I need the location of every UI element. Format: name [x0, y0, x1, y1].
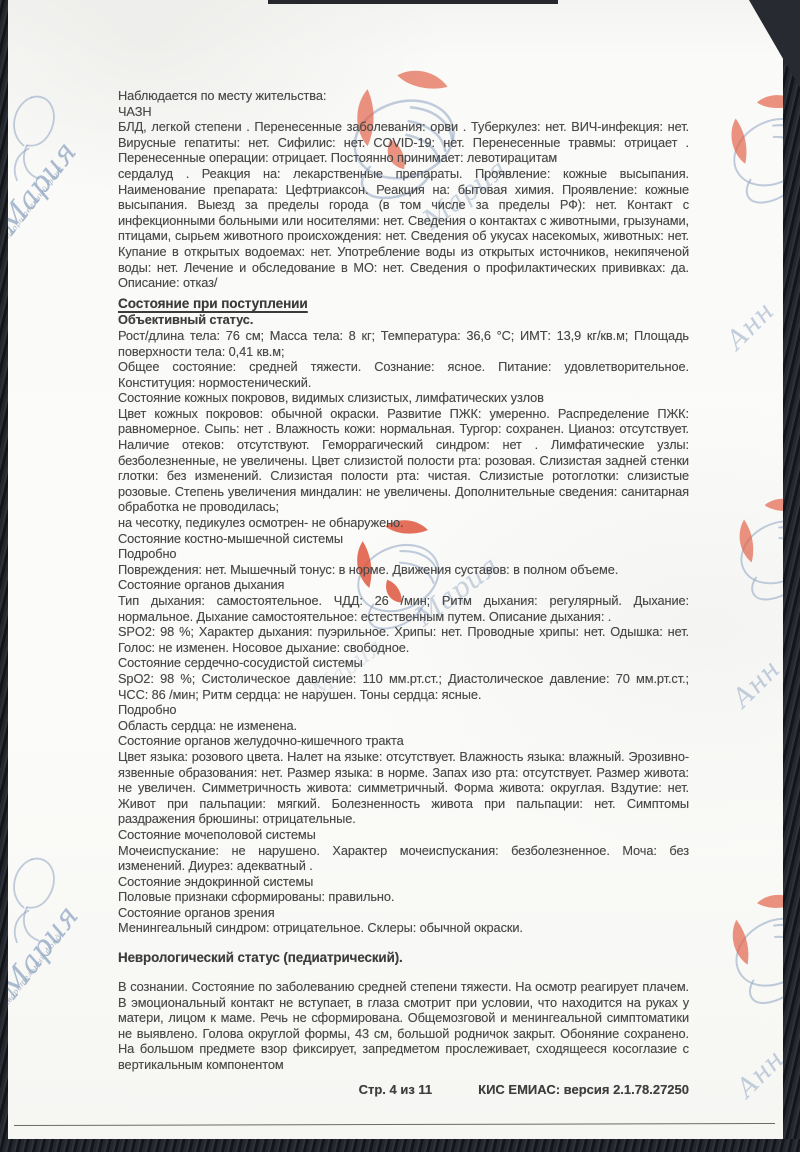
- previous-page-edge: [268, 0, 558, 4]
- document-paper: Мария благотворительный фонд Мария благо…: [8, 0, 783, 1139]
- paragraph-vitals: Рост/длина тела: 76 см; Масса тела: 8 кг…: [118, 328, 689, 359]
- dove-logo-icon: [709, 77, 783, 235]
- chazn-line: ЧАЗН: [118, 104, 689, 120]
- paragraph-gastrointestinal: Цвет языка: розового цвета. Налет на язы…: [118, 749, 689, 827]
- header-respiratory: Состояние органов дыхания: [118, 577, 689, 593]
- section-title-admission: Состояние при поступлении: [118, 296, 689, 312]
- paragraph-general-state: Общее состояние: средней тяжести. Сознан…: [118, 359, 689, 390]
- objective-status-title: Объективный статус.: [118, 312, 689, 328]
- paragraph-respiratory-2: SPO2: 98 %; Характер дыхания: пуэрильное…: [118, 624, 689, 655]
- paragraph-cardiovascular: SpO2: 98 %; Систолическое давление: 110 …: [118, 671, 689, 702]
- dove-logo-icon: [709, 876, 783, 1037]
- paragraph-musculoskeletal: Повреждения: нет. Мышечный тонус: в норм…: [118, 562, 689, 578]
- detail-label: Подробно: [118, 546, 689, 562]
- page-footer: Стр. 4 из 11 КИС ЕМИАС: версия 2.1.78.27…: [118, 1082, 689, 1097]
- paragraph-skin-detail: Цвет кожных покровов: обычной окраски. Р…: [118, 406, 689, 515]
- watermark-partial-script: Анн: [721, 297, 780, 356]
- paragraph-vision: Менингеальный синдром: отрицательное. Ск…: [118, 920, 689, 936]
- scan-edge-right: [783, 0, 800, 1152]
- header-vision: Состояние органов зрения: [118, 905, 689, 921]
- paragraph-neurological: В сознании. Состояние по заболеванию сре…: [118, 979, 689, 1073]
- page-number: Стр. 4 из 11: [359, 1082, 433, 1097]
- scanned-page: Мария благотворительный фонд Мария благо…: [0, 0, 800, 1152]
- paragraph-heart-area: Область сердца: не изменена.: [118, 718, 689, 734]
- watermark-partial-script: Анн: [731, 1045, 783, 1104]
- dove-logo-icon: [719, 483, 783, 630]
- tulip-logo-icon: [8, 84, 60, 196]
- anamnesis-paragraph-2: сердалуд . Реакция на: лекарственные пре…: [118, 166, 689, 291]
- paragraph-respiratory-1: Тип дыхания: самостоятельное. ЧДД: 26 /м…: [118, 593, 689, 624]
- paragraph-endocrine: Половые признаки сформированы: правильно…: [118, 889, 689, 905]
- header-musculoskeletal: Состояние костно-мышечной системы: [118, 531, 689, 547]
- paragraph-urogenital: Мочеиспускание: не нарушено. Характер мо…: [118, 843, 689, 874]
- header-endocrine: Состояние эндокринной системы: [118, 874, 689, 890]
- header-gastrointestinal: Состояние органов желудочно-кишечного тр…: [118, 733, 689, 749]
- detail-label: Подробно: [118, 702, 689, 718]
- paragraph-skin-note: на чесотку, педикулез осмотрен- не обнар…: [118, 515, 689, 531]
- anamnesis-paragraph-1: БЛД, легкой степени . Перенесенные забол…: [118, 119, 689, 166]
- scan-edge-bottom: [0, 1139, 800, 1152]
- section-title-neurological: Неврологический статус (педиатрический).: [118, 950, 689, 966]
- tulip-logo-icon: [8, 846, 60, 958]
- document-body: Наблюдается по месту жительства: ЧАЗН БЛ…: [118, 88, 689, 1073]
- scan-edge-left: [0, 0, 8, 1152]
- system-version: КИС ЕМИАС: версия 2.1.78.27250: [478, 1082, 689, 1097]
- header-skin: Состояние кожных покровов, видимых слизи…: [118, 390, 689, 406]
- paper-edge-line: [14, 1123, 775, 1128]
- watermark-partial-script: Анн: [727, 655, 783, 714]
- observed-line: Наблюдается по месту жительства:: [118, 88, 689, 104]
- header-urogenital: Состояние мочеполовой системы: [118, 827, 689, 843]
- header-cardiovascular: Состояние сердечно-сосудистой системы: [118, 655, 689, 671]
